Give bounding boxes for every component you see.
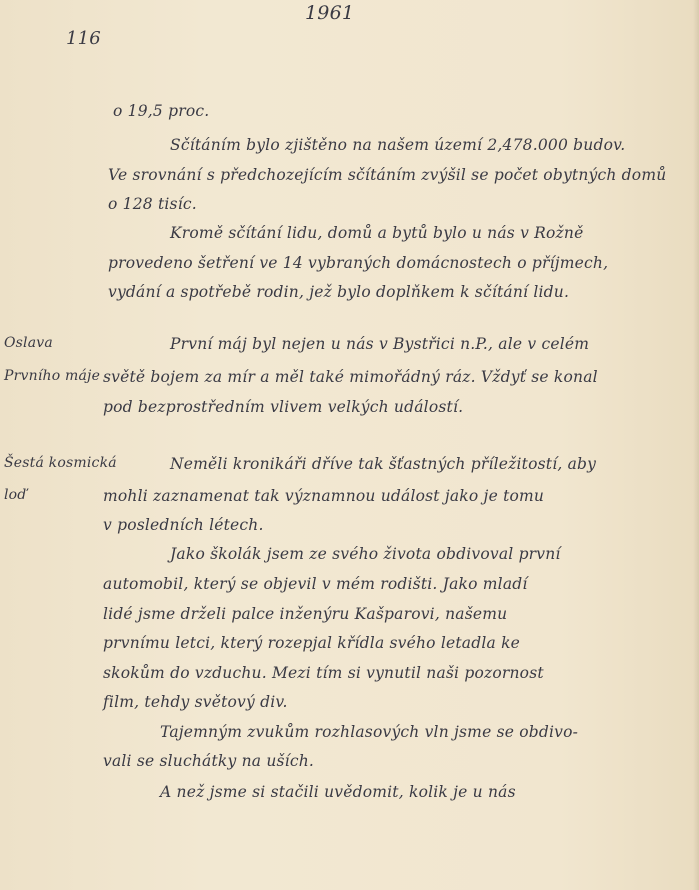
body-line: První máj byl nejen u nás v Bystřici n.P… bbox=[170, 335, 589, 353]
body-line: Tajemným zvukům rozhlasových vln jsme se… bbox=[160, 723, 578, 741]
margin-note: Oslava bbox=[4, 335, 53, 351]
body-line: Neměli kronikáři dříve tak šťastných pří… bbox=[170, 455, 596, 473]
body-line: pod bezprostředním vlivem velkých událos… bbox=[103, 398, 463, 416]
body-line: vali se sluchátky na uších. bbox=[103, 752, 314, 770]
body-line: mohli zaznamenat tak významnou událost j… bbox=[103, 487, 544, 505]
margin-note: loď bbox=[4, 487, 26, 503]
body-line: o 19,5 proc. bbox=[113, 102, 209, 120]
margin-note: Prvního máje bbox=[4, 368, 100, 384]
page-number: 116 bbox=[66, 28, 101, 49]
body-line: světě bojem za mír a měl také mimořádný … bbox=[103, 368, 598, 386]
margin-note: Šestá kosmická bbox=[4, 455, 117, 471]
body-line: v posledních létech. bbox=[103, 516, 264, 534]
body-line: film, tehdy světový div. bbox=[103, 693, 288, 711]
body-line: vydání a spotřebě rodin, jež bylo doplňk… bbox=[108, 283, 569, 301]
body-line: Ve srovnání s předchozejícím sčítáním zv… bbox=[108, 166, 666, 184]
body-line: lidé jsme drželi palce inženýru Kašparov… bbox=[103, 605, 507, 623]
body-line: provedeno šetření ve 14 vybraných domácn… bbox=[108, 254, 608, 272]
body-line: automobil, který se objevil v mém rodišt… bbox=[103, 575, 528, 593]
page-year: 1961 bbox=[305, 2, 354, 24]
manuscript-page: 1961 116 o 19,5 proc. Sčítáním bylo zjiš… bbox=[0, 0, 699, 890]
body-line: A než jsme si stačili uvědomit, kolik je… bbox=[160, 783, 516, 801]
body-line: o 128 tisíc. bbox=[108, 195, 197, 213]
body-line: Jako školák jsem ze svého života obdivov… bbox=[170, 545, 561, 563]
body-line: Kromě sčítání lidu, domů a bytů bylo u n… bbox=[170, 224, 583, 242]
body-line: prvnímu letci, který rozepjal křídla své… bbox=[103, 634, 520, 652]
body-line: Sčítáním bylo zjištěno na našem území 2,… bbox=[170, 136, 625, 154]
body-line: skokům do vzduchu. Mezi tím si vynutil n… bbox=[103, 664, 544, 682]
